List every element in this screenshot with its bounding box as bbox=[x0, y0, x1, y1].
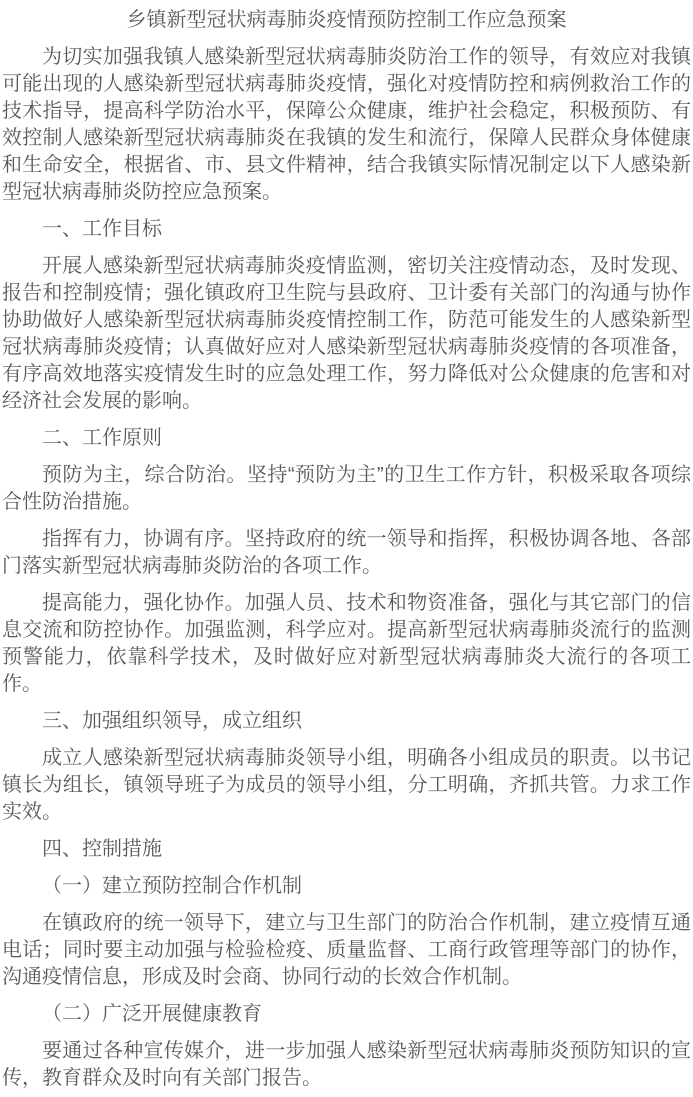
paragraph: 为切实加强我镇人感染新型冠状病毒肺炎防治工作的领导，有效应对我镇可能出现的人感染… bbox=[2, 44, 691, 206]
paragraph: 预防为主，综合防治。坚持“预防为主”的卫生工作方针，积极采取各项综合性防治措施。 bbox=[2, 462, 691, 516]
paragraph: 成立人感染新型冠状病毒肺炎领导小组，明确各小组成员的职责。以书记镇长为组长，镇领… bbox=[2, 745, 691, 826]
paragraph: 要通过各种宣传媒介，进一步加强人感染新型冠状病毒肺炎预防知识的宣传，教育群众及时… bbox=[2, 1038, 691, 1092]
section-heading-4: 四、控制措施 bbox=[2, 836, 691, 863]
paragraph: 指挥有力，协调有序。坚持政府的统一领导和指挥，积极协调各地、各部门落实新型冠状病… bbox=[2, 526, 691, 580]
section-heading-3: 三、加强组织领导，成立组织 bbox=[2, 708, 691, 735]
subsection-heading-2: （二）广泛开展健康教育 bbox=[2, 1001, 691, 1028]
paragraph: 在镇政府的统一领导下，建立与卫生部门的防治合作机制，建立疫情互通电话；同时要主动… bbox=[2, 910, 691, 991]
paragraph: 提高能力，强化协作。加强人员、技术和物资准备，强化与其它部门的信息交流和防控协作… bbox=[2, 590, 691, 698]
document-page: 乡镇新型冠状病毒肺炎疫情预防控制工作应急预案 为切实加强我镇人感染新型冠状病毒肺… bbox=[0, 0, 693, 1092]
section-heading-2: 二、工作原则 bbox=[2, 425, 691, 452]
paragraph: 开展人感染新型冠状病毒肺炎疫情监测，密切关注疫情动态，及时发现、报告和控制疫情；… bbox=[2, 253, 691, 415]
document-title: 乡镇新型冠状病毒肺炎疫情预防控制工作应急预案 bbox=[2, 6, 691, 34]
subsection-heading-1: （一）建立预防控制合作机制 bbox=[2, 873, 691, 900]
section-heading-1: 一、工作目标 bbox=[2, 216, 691, 243]
